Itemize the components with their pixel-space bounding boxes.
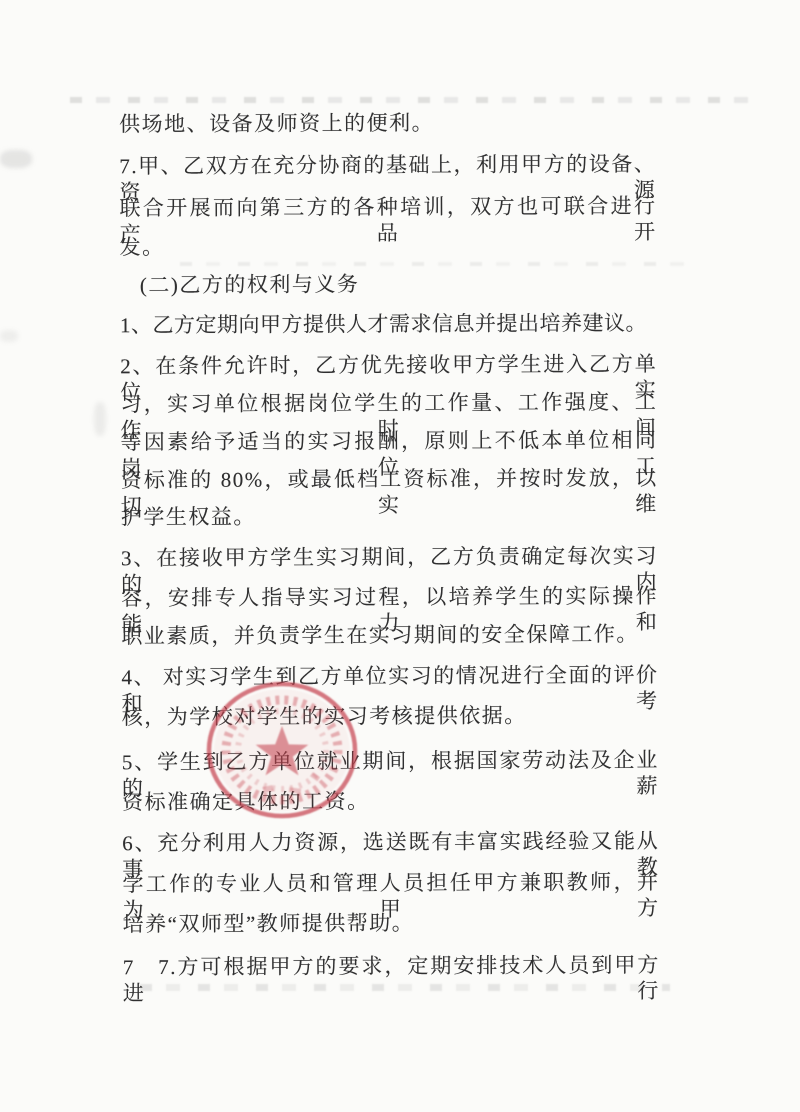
document-line: 供场地、设备及师资上的便利。 — [119, 109, 656, 137]
section-heading: (二)乙方的权利与义务 — [140, 270, 657, 298]
scanned-document-page: 供场地、设备及师资上的便利。 7.甲、乙双方在充分协商的基础上，利用甲方的设备、… — [0, 0, 800, 1112]
document-line: 护学生权益。 — [121, 502, 658, 530]
document-line: 核，为学校对学生的实习考核提供依据。 — [122, 702, 659, 730]
document-line: 1、乙方定期向甲方提供人才需求信息并提出培养建议。 — [120, 310, 657, 338]
document-line: 资标准确定具体的工资。 — [122, 787, 659, 815]
document-body: 供场地、设备及师资上的便利。 7.甲、乙双方在充分协商的基础上，利用甲方的设备、… — [0, 0, 800, 1112]
document-line: 发。 — [120, 232, 657, 260]
document-line: 职业素质，并负责学生在实习期间的安全保障工作。 — [121, 621, 658, 649]
document-line: 培养“双师型”教师提供帮助。 — [123, 909, 660, 937]
document-line: 7 7.方可根据甲方的要求，定期安排技术人员到甲方进行 — [123, 952, 660, 1006]
